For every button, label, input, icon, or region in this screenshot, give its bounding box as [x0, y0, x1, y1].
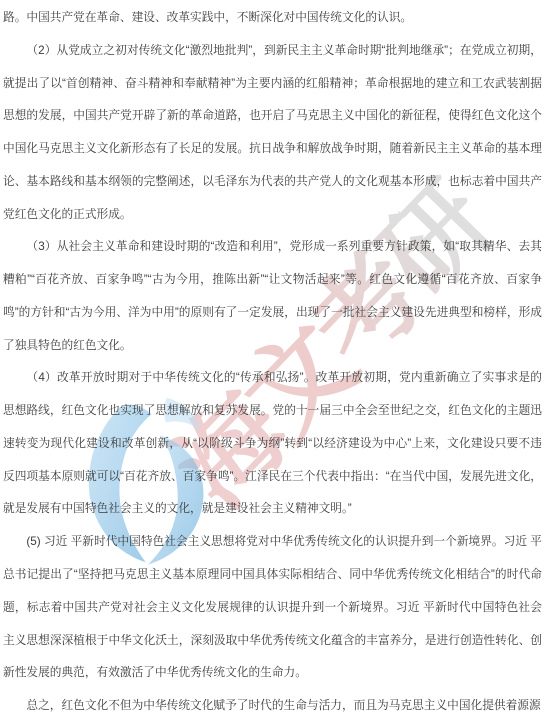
paragraph-point-5: (5) 习近 平新时代中国特色社会主义思想将党对中华优秀传统文化的认识提升到一个…	[3, 526, 542, 690]
document-content: 路。中国共产党在革命、建设、改革实践中，不断深化对中国传统文化的认识。 （2）从…	[0, 0, 545, 721]
paragraph-point-3: （3）从社会主义革命和建设时期的“改造和利用”，党形成一系列重要方针政策，如“取…	[3, 231, 542, 362]
page-container: 海文考研 路。中国共产党在革命、建设、改革实践中，不断深化对中国传统文化的认识。…	[0, 0, 545, 721]
paragraph-summary: 总之，红色文化不但为中华传统文化赋予了时代的生命与活力，而且为马克思主义中国化提…	[3, 690, 542, 721]
paragraph-continuation: 路。中国共产党在革命、建设、改革实践中，不断深化对中国传统文化的认识。	[3, 2, 542, 35]
paragraph-point-2: （2）从党成立之初对传统文化“激烈地批判”，到新民主主义革命时期“批判地继承”；…	[3, 35, 542, 232]
document-page: { "page": { "background_color": "#ffffff…	[0, 0, 545, 721]
paragraph-point-4: （4）改革开放时期对于中华传统文化的“传承和弘扬”。改革开放初期，党内重新确立了…	[3, 362, 542, 526]
